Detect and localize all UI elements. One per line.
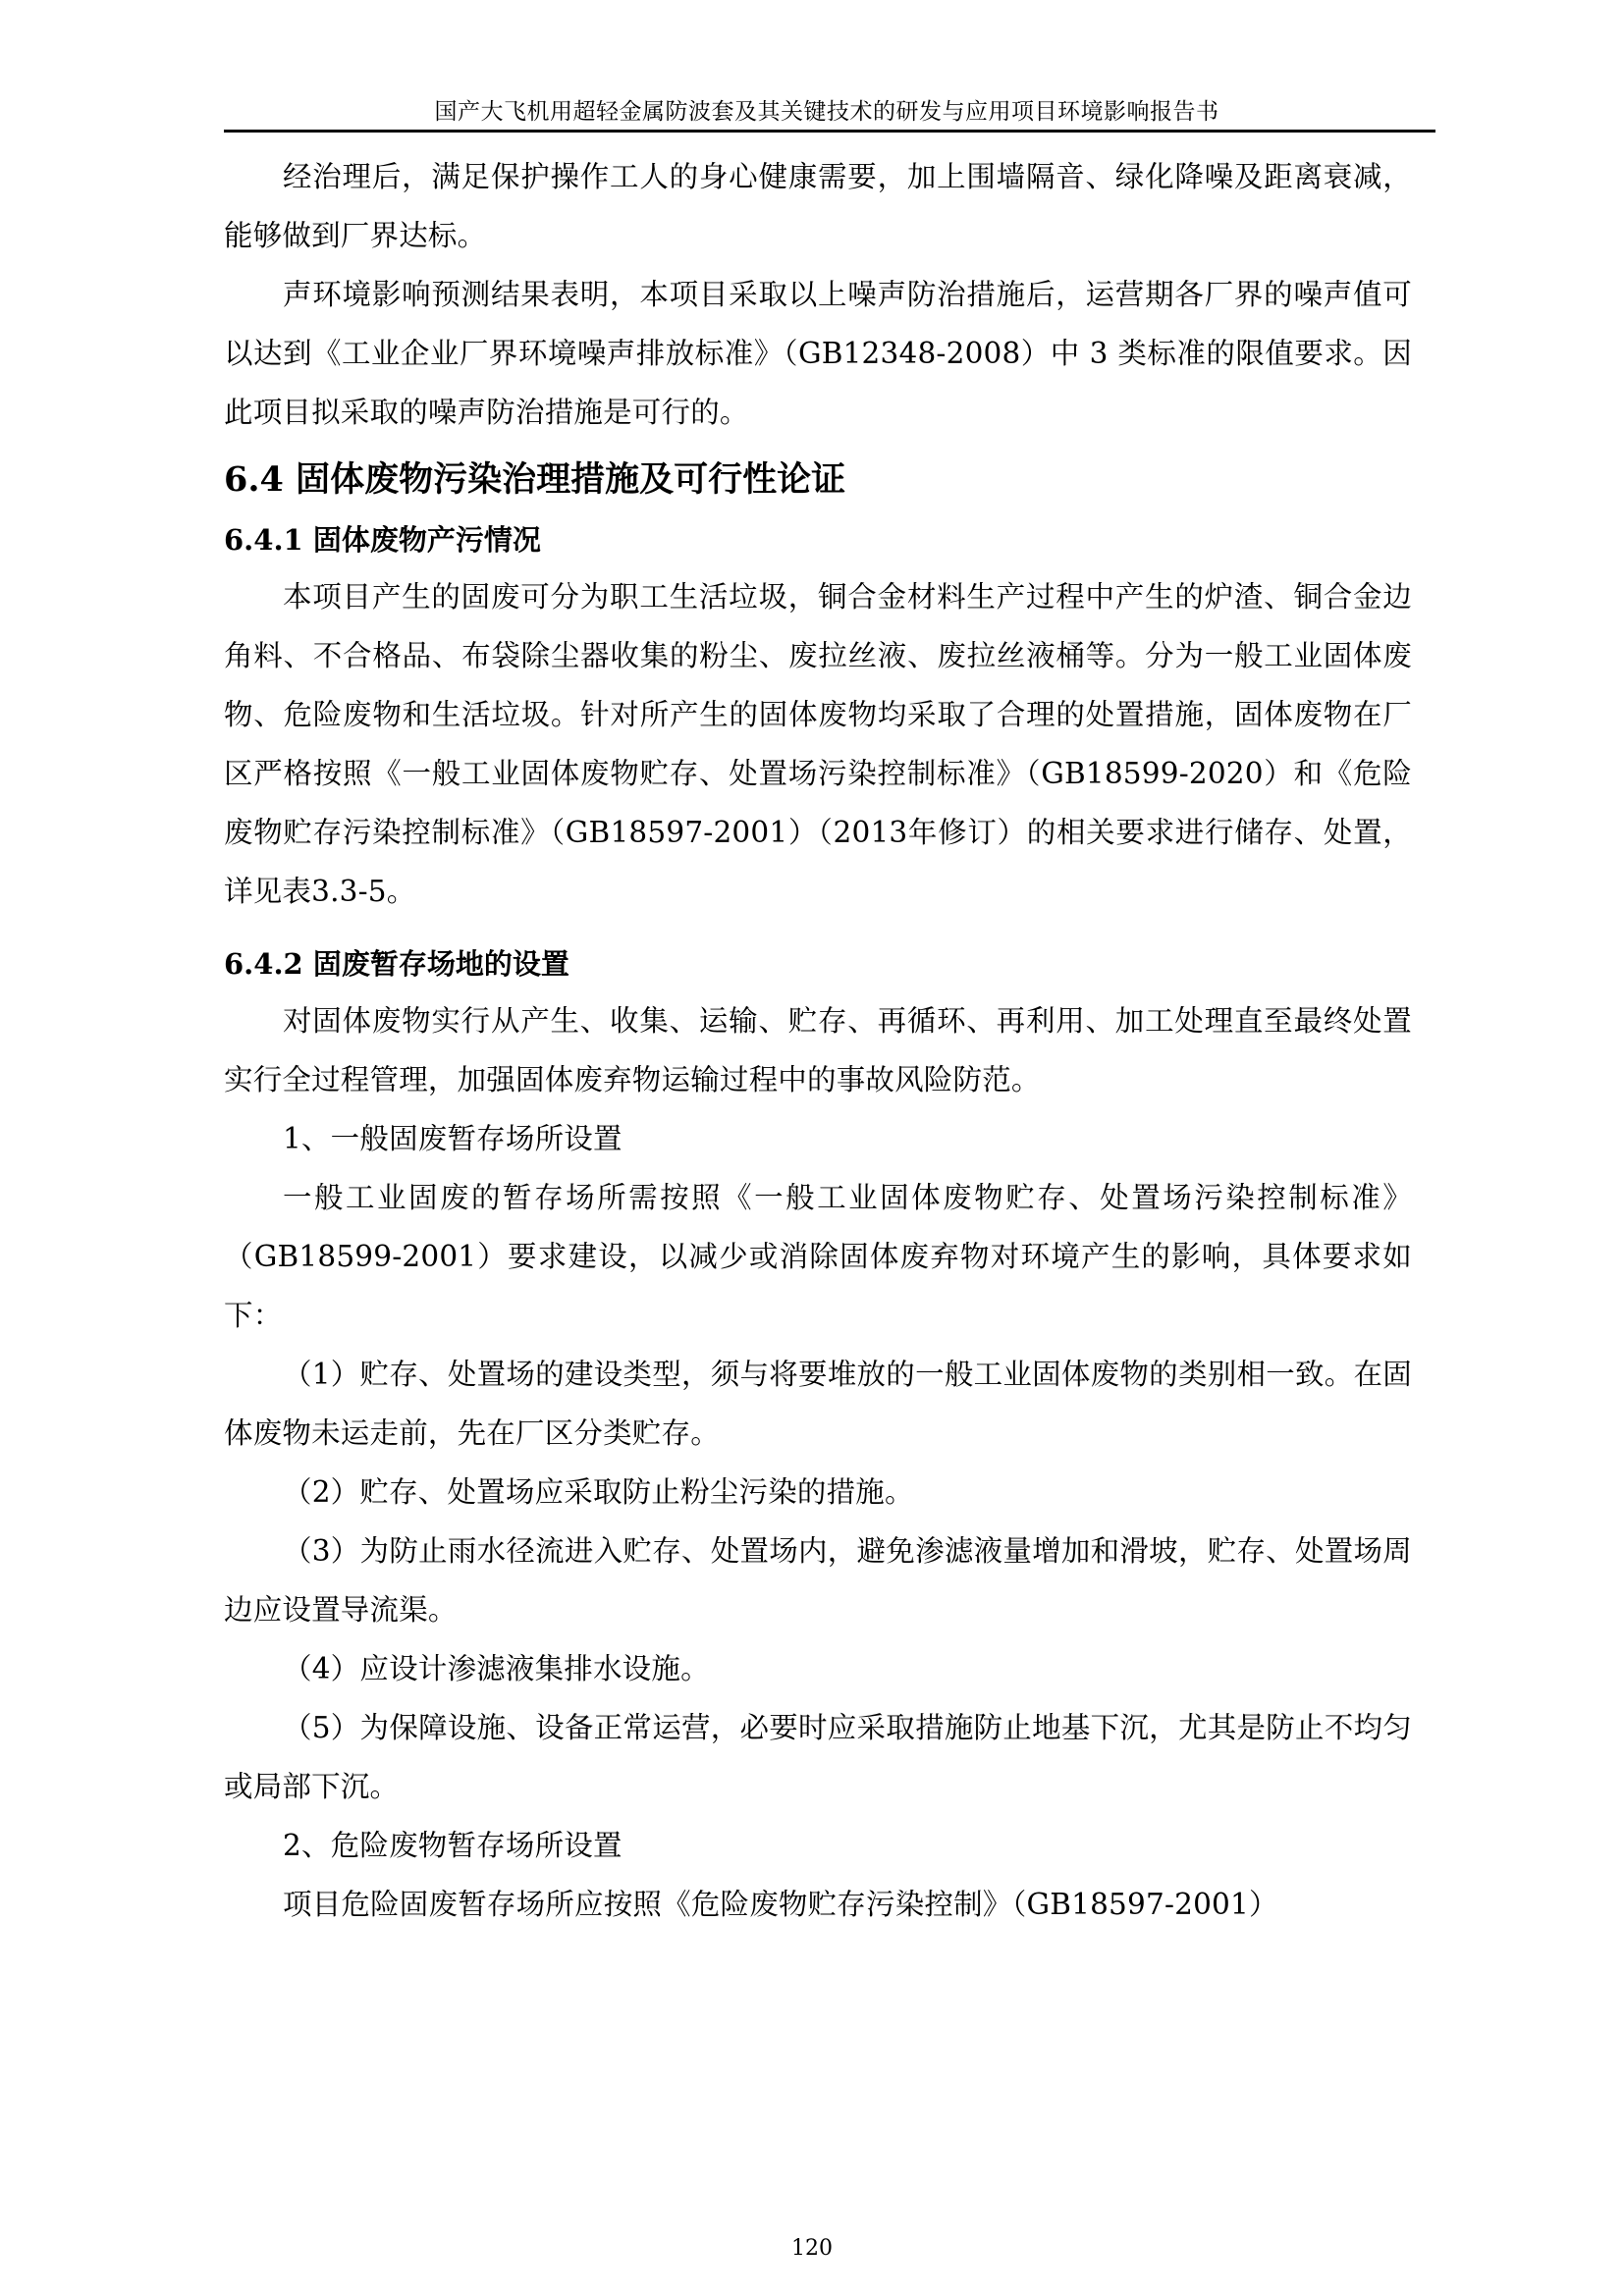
paragraph-hazardous-waste-standard: 项目危险固废暂存场所应按照《危险废物贮存污染控制》（GB18597-2001） bbox=[224, 1875, 1412, 1934]
page-body: 经治理后，满足保护操作工人的身心健康需要，加上围墙隔音、绿化降噪及距离衰减，能够… bbox=[224, 147, 1412, 1934]
paragraph-general-waste-standard: 一般工业固废的暂存场所需按照《一般工业固体废物贮存、处置场污染控制标准》（GB1… bbox=[224, 1168, 1412, 1345]
page-number: 120 bbox=[0, 2236, 1624, 2261]
requirement-2: （2）贮存、处置场应采取防止粉尘污染的措施。 bbox=[224, 1463, 1412, 1522]
section-heading-6-4: 6.4 固体废物污染治理措施及可行性论证 bbox=[224, 448, 1412, 512]
header-rule bbox=[224, 130, 1435, 133]
document-page: 国产大飞机用超轻金属防波套及其关键技术的研发与应用项目环境影响报告书 经治理后，… bbox=[0, 0, 1624, 2296]
list-item-general-waste-storage: 1、一般固废暂存场所设置 bbox=[224, 1109, 1412, 1168]
requirement-3: （3）为防止雨水径流进入贮存、处置场内，避免渗滤液量增加和滑坡，贮存、处置场周边… bbox=[224, 1522, 1412, 1639]
running-header-title: 国产大飞机用超轻金属防波套及其关键技术的研发与应用项目环境影响报告书 bbox=[224, 96, 1430, 128]
section-heading-6-4-2: 6.4.2 固废暂存场地的设置 bbox=[224, 936, 1412, 991]
section-heading-6-4-1: 6.4.1 固体废物产污情况 bbox=[224, 512, 1412, 567]
paragraph-solid-waste-sources: 本项目产生的固废可分为职工生活垃圾，铜合金材料生产过程中产生的炉渣、铜合金边角料… bbox=[224, 567, 1412, 921]
paragraph-full-process-management: 对固体废物实行从产生、收集、运输、贮存、再循环、再利用、加工处理直至最终处置实行… bbox=[224, 991, 1412, 1109]
paragraph-noise-treatment: 经治理后，满足保护操作工人的身心健康需要，加上围墙隔音、绿化降噪及距离衰减，能够… bbox=[224, 147, 1412, 265]
paragraph-noise-conclusion: 声环境影响预测结果表明，本项目采取以上噪声防治措施后，运营期各厂界的噪声值可以达… bbox=[224, 265, 1412, 442]
requirement-1: （1）贮存、处置场的建设类型，须与将要堆放的一般工业固体废物的类别相一致。在固体… bbox=[224, 1345, 1412, 1463]
requirement-4: （4）应设计渗滤液集排水设施。 bbox=[224, 1639, 1412, 1698]
requirement-5: （5）为保障设施、设备正常运营，必要时应采取措施防止地基下沉，尤其是防止不均匀或… bbox=[224, 1698, 1412, 1816]
list-item-hazardous-waste-storage: 2、危险废物暂存场所设置 bbox=[224, 1816, 1412, 1875]
